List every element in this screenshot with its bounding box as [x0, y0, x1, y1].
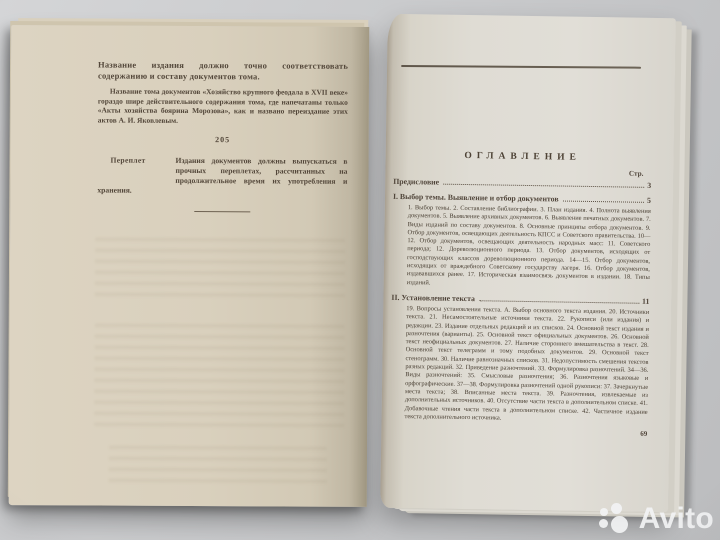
- toc-entry-label: I. Выбор темы. Выявление и отбор докумен…: [393, 192, 559, 204]
- logo-dot-icon: [600, 508, 608, 516]
- left-page-text-block: Название издания должно точно соответств…: [97, 60, 348, 214]
- show-through-text-2: [94, 324, 345, 429]
- rule-paragraph: Название издания должно точно соответств…: [98, 60, 348, 83]
- toc-entry-section-2: II. Установление текста 11: [391, 293, 649, 306]
- avito-watermark: Avito: [599, 503, 714, 534]
- toc-section-1-detail: 1. Выбор темы. 2. Составление библиограф…: [407, 204, 651, 291]
- toc-entry-page: 5: [647, 196, 651, 205]
- toc-entry-label: II. Установление текста: [391, 293, 475, 303]
- book-page-left: Название издания должно точно соответств…: [9, 25, 370, 507]
- dot-leader: [443, 184, 644, 188]
- logo-dot-icon: [611, 516, 628, 533]
- photo-background: Название издания должно точно соответств…: [0, 0, 720, 540]
- show-through-text-1: [95, 238, 345, 301]
- show-through-text-3: [109, 446, 327, 491]
- dot-leader: [479, 300, 639, 304]
- logo-dot-icon: [611, 503, 622, 514]
- toc-entry-label: Предисловие: [393, 177, 439, 187]
- toc-section-2-detail: 19. Вопросы установления текста. А. Выбо…: [404, 305, 649, 425]
- term-label: Переплет: [98, 156, 176, 166]
- toc-entry-section-1: I. Выбор темы. Выявление и отбор докумен…: [393, 192, 651, 205]
- dot-leader: [563, 201, 644, 203]
- page-column-label: Стр.: [629, 170, 644, 178]
- logo-dot-icon: [599, 519, 608, 528]
- avito-logo-icon: [599, 503, 632, 534]
- commentary-paragraph: Название тома документов «Хозяйство круп…: [98, 87, 348, 127]
- toc-entry-page: 3: [647, 181, 651, 190]
- section-divider-rule: [194, 211, 250, 212]
- left-page-number: 205: [98, 135, 348, 145]
- right-page-text-block: ОГЛАВЛЕНИЕ Стр. Предисловие 3 I. Выбор т…: [388, 14, 654, 512]
- table-of-contents: Предисловие 3 I. Выбор темы. Выявление и…: [390, 177, 652, 425]
- toc-entry-preface: Предисловие 3: [393, 177, 651, 190]
- right-page-number: 69: [640, 430, 647, 438]
- term-label-column: Переплет: [97, 156, 175, 177]
- book-page-right: ОГЛАВЛЕНИЕ Стр. Предисловие 3 I. Выбор т…: [380, 14, 676, 512]
- avito-wordmark: Avito: [639, 504, 714, 534]
- term-paragraph: ПереплетИздания документов должны выпуск…: [97, 156, 347, 197]
- toc-entry-page: 11: [642, 297, 650, 306]
- toc-heading: ОГЛАВЛЕНИЕ: [394, 150, 652, 164]
